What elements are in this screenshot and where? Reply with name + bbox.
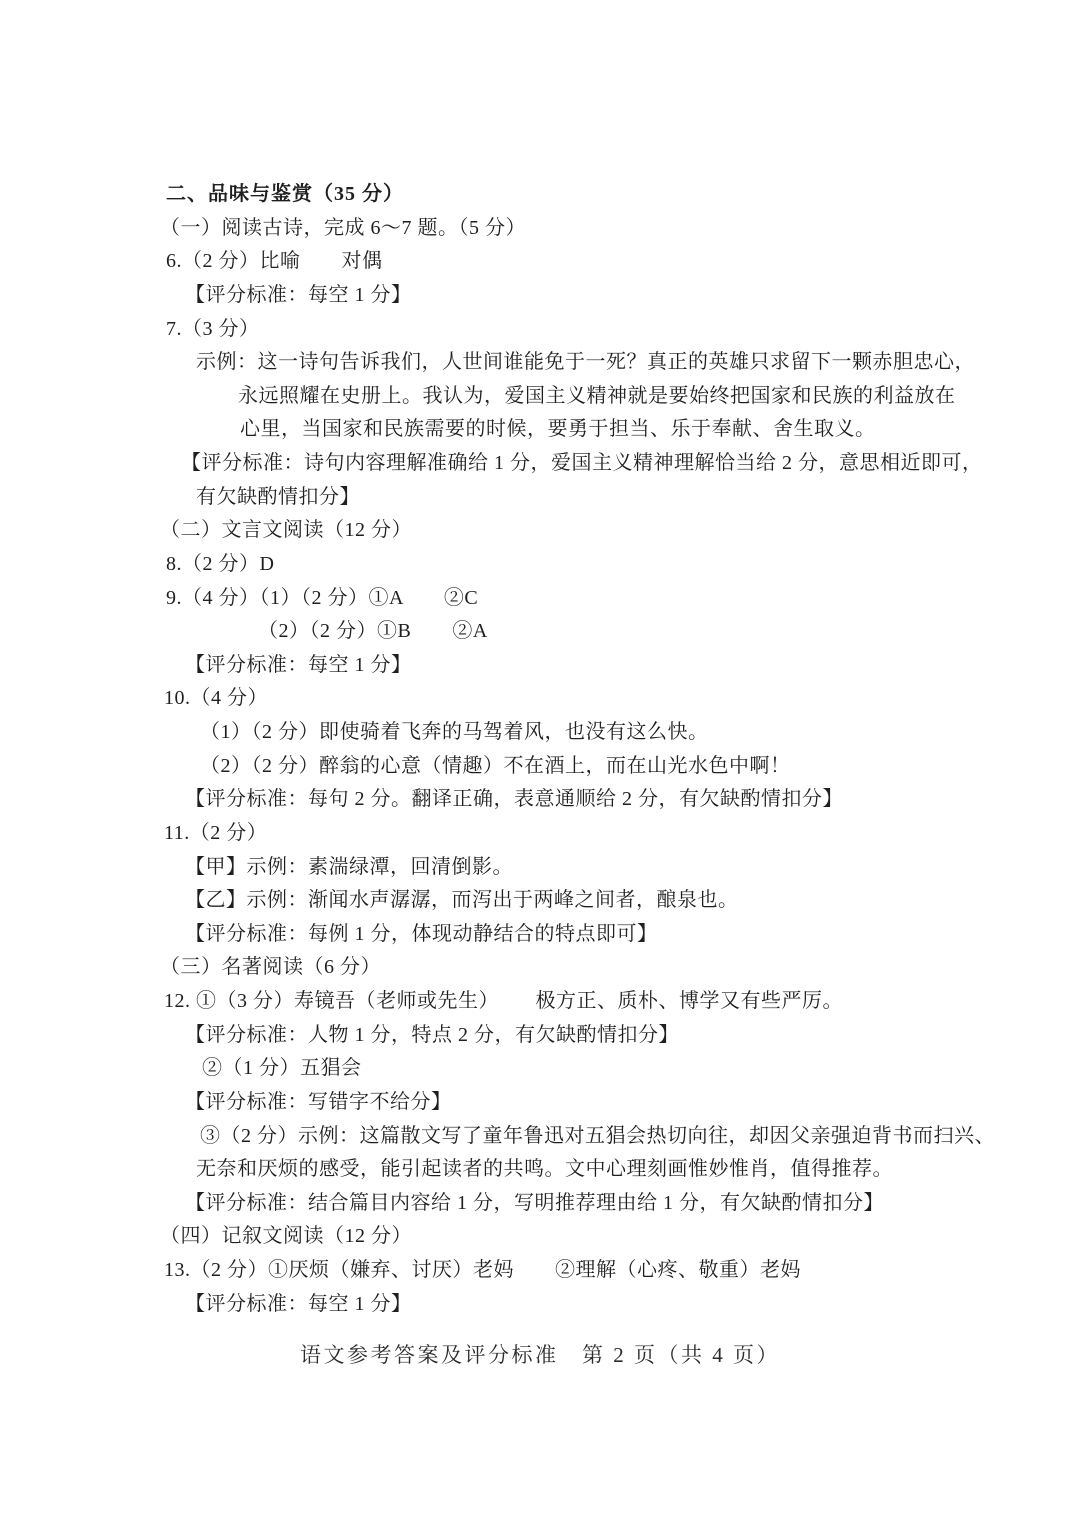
document-line: 11.（2 分）: [0, 817, 1080, 851]
section-heading: 二、品味与鉴赏（35 分）: [0, 178, 1080, 212]
document-line: 【乙】示例：渐闻水声潺潺，而泻出于两峰之间者，酿泉也。: [0, 884, 1080, 918]
document-line: ②（1 分）五猖会: [0, 1052, 1080, 1086]
document-line: 12. ①（3 分）寿镜吾（老师或先生） 极方正、质朴、博学又有些严厉。: [0, 985, 1080, 1019]
document-line: 示例：这一诗句告诉我们，人世间谁能免于一死？真正的英雄只求留下一颗赤胆忠心，: [0, 346, 1080, 380]
document-line: 6.（2 分）比喻 对偶: [0, 245, 1080, 279]
document-line: ③（2 分）示例：这篇散文写了童年鲁迅对五猖会热切向往，却因父亲强迫背书而扫兴、: [0, 1120, 1080, 1154]
document-line: 9.（4 分）（1）（2 分）①A ②C: [0, 582, 1080, 616]
document-line: （1）（2 分）即使骑着飞奔的马驾着风，也没有这么快。: [0, 716, 1080, 750]
document-line: （2）（2 分）①B ②A: [0, 615, 1080, 649]
document-line: 有欠缺酌情扣分】: [0, 481, 1080, 515]
document-line: （四）记叙文阅读（12 分）: [0, 1220, 1080, 1254]
document-line: 【评分标准：每空 1 分】: [0, 649, 1080, 683]
answer-key-page: 二、品味与鉴赏（35 分）（一）阅读古诗，完成 6～7 题。（5 分）6.（2 …: [0, 0, 1080, 1528]
document-line: 7.（3 分）: [0, 313, 1080, 347]
document-line: （2）（2 分）醉翁的心意（情趣）不在酒上，而在山光水色中啊！: [0, 750, 1080, 784]
document-line: 【评分标准：诗句内容理解准确给 1 分，爱国主义精神理解恰当给 2 分，意思相近…: [0, 447, 1080, 481]
document-line: （三）名著阅读（6 分）: [0, 951, 1080, 985]
document-line: 【甲】示例：素湍绿潭，回清倒影。: [0, 851, 1080, 885]
document-line: 【评分标准：每例 1 分，体现动静结合的特点即可】: [0, 918, 1080, 952]
document-line: 10.（4 分）: [0, 682, 1080, 716]
document-line: 心里，当国家和民族需要的时候，要勇于担当、乐于奉献、舍生取义。: [0, 413, 1080, 447]
document-line: 无奈和厌烦的感受，能引起读者的共鸣。文中心理刻画惟妙惟肖，值得推荐。: [0, 1153, 1080, 1187]
page-footer: 语文参考答案及评分标准 第 2 页（共 4 页）: [0, 1341, 1080, 1369]
document-line: 【评分标准：写错字不给分】: [0, 1086, 1080, 1120]
document-line: 【评分标准：每空 1 分】: [0, 1288, 1080, 1322]
document-line: 永远照耀在史册上。我认为，爱国主义精神就是要始终把国家和民族的利益放在: [0, 380, 1080, 414]
document-line: 13.（2 分）①厌烦（嫌弃、讨厌）老妈 ②理解（心疼、敬重）老妈: [0, 1254, 1080, 1288]
document-line: 8.（2 分）D: [0, 548, 1080, 582]
document-line: 【评分标准：人物 1 分，特点 2 分，有欠缺酌情扣分】: [0, 1019, 1080, 1053]
document-lines: 二、品味与鉴赏（35 分）（一）阅读古诗，完成 6～7 题。（5 分）6.（2 …: [0, 0, 1080, 1321]
document-line: 【评分标准：每句 2 分。翻译正确，表意通顺给 2 分，有欠缺酌情扣分】: [0, 783, 1080, 817]
document-line: 【评分标准：每空 1 分】: [0, 279, 1080, 313]
document-line: 【评分标准：结合篇目内容给 1 分，写明推荐理由给 1 分，有欠缺酌情扣分】: [0, 1187, 1080, 1221]
document-line: （一）阅读古诗，完成 6～7 题。（5 分）: [0, 212, 1080, 246]
document-line: （二）文言文阅读（12 分）: [0, 514, 1080, 548]
